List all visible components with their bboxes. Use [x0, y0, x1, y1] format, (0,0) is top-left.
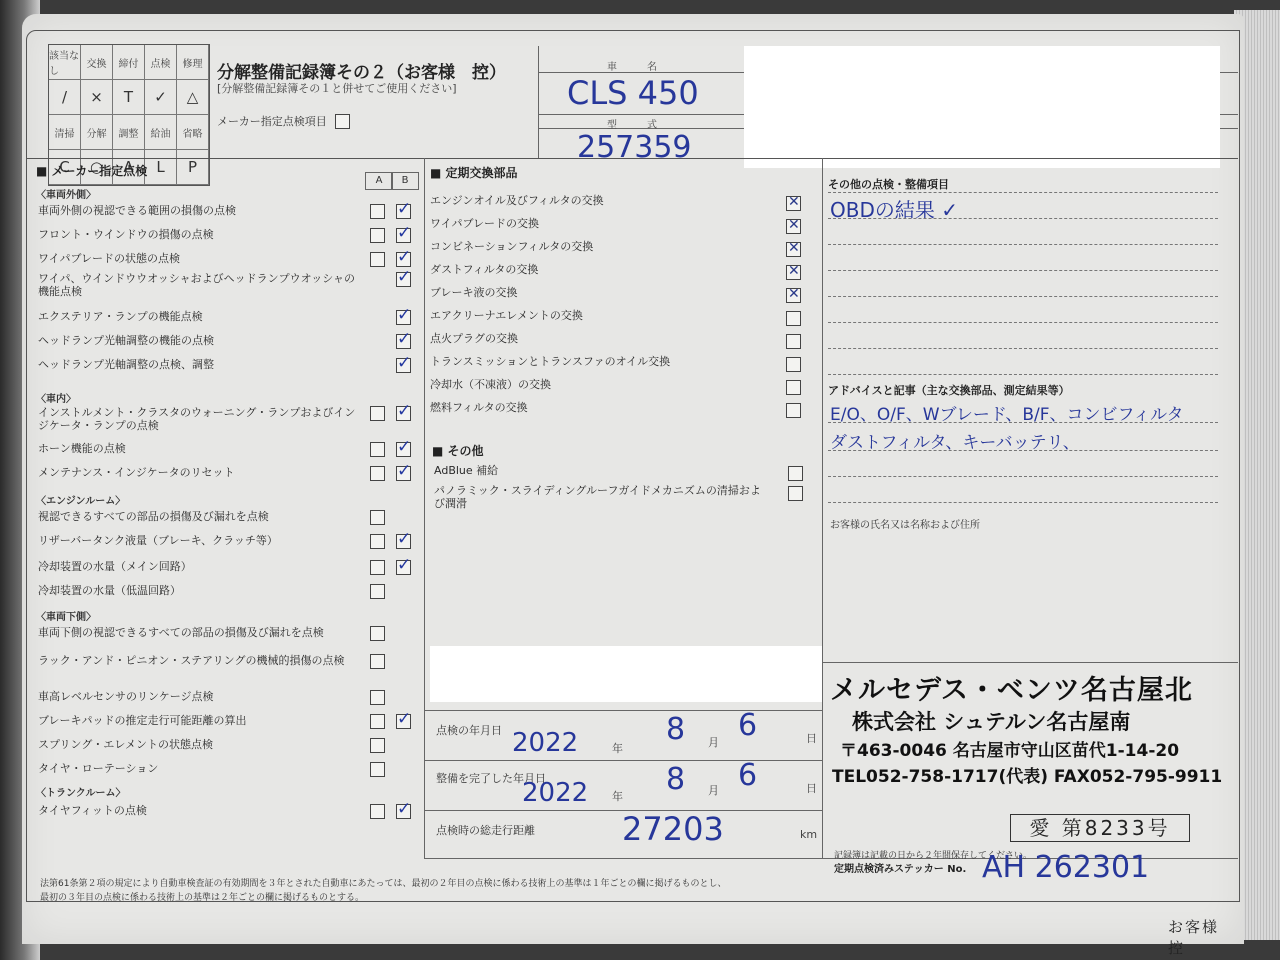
dealer-phone: TEL052-758-1717(代表) FAX052-795-9911	[832, 762, 1222, 787]
divider	[26, 158, 1238, 159]
part-checkbox[interactable]	[786, 334, 801, 349]
day-unit: 日	[806, 780, 817, 796]
checkbox-a[interactable]	[370, 584, 385, 599]
ruled-line	[828, 374, 1218, 375]
periodic-part-item: コンビネーションフィルタの交換	[430, 240, 593, 253]
inspection-year: 2022	[512, 728, 578, 758]
inspection-item: 冷却装置の水量（低温回路）	[38, 584, 181, 597]
inspection-item: ブレーキパッドの推定走行可能距離の算出	[38, 714, 247, 727]
part-checkbox[interactable]	[786, 219, 801, 234]
completion-year: 2022	[522, 778, 588, 808]
col-a-header: A	[365, 172, 393, 190]
legend-label: 給油	[145, 115, 177, 150]
column-divider	[424, 158, 425, 858]
part-checkbox[interactable]	[786, 380, 801, 395]
part-checkbox[interactable]	[786, 403, 801, 418]
ruled-line	[828, 348, 1218, 349]
periodic-part-item: 冷却水（不凍液）の交換	[430, 378, 551, 391]
inspection-item: ラック・アンド・ピニオン・ステアリングの機械的損傷の点検	[38, 654, 344, 667]
checkbox-a[interactable]	[370, 510, 385, 525]
maker-item-option[interactable]: メーカー指定点検項目	[217, 113, 350, 129]
document-subtitle: [分解整備記録簿その１と併せてご使用ください]	[217, 80, 457, 96]
inspection-item: メンテナンス・インジケータのリセット	[38, 466, 235, 479]
divider	[538, 46, 539, 158]
dealer-address: 〒463-0046 名古屋市守山区苗代1-14-20	[840, 736, 1179, 761]
periodic-part-item: エンジンオイル及びフィルタの交換	[430, 194, 604, 207]
ruled-line	[828, 270, 1218, 271]
checkbox-b[interactable]	[396, 334, 411, 349]
customer-heading: お客様の氏名又は名称および住所	[830, 516, 980, 531]
divider	[424, 710, 822, 711]
inspection-item: ヘッドランプ光軸調整の点検、調整	[38, 358, 214, 371]
legend-label: 修理	[177, 45, 209, 80]
legend-label: 交換	[81, 45, 113, 80]
group-heading: 〈車両外側〉	[36, 186, 96, 201]
checkbox-b[interactable]	[396, 252, 411, 267]
group-heading: 〈車両下側〉	[36, 608, 96, 623]
inspection-item: エクステリア・ランプの機能点検	[38, 310, 203, 323]
maker-inspection-heading: ■ メーカー指定点検	[36, 162, 147, 179]
inspection-item: 車両外側の視認できる範囲の損傷の点検	[38, 204, 236, 217]
ruled-line	[828, 192, 1218, 193]
checkbox-a[interactable]	[370, 738, 385, 753]
checkbox-b[interactable]	[396, 804, 411, 819]
inspection-date-label: 点検の年月日	[436, 722, 502, 738]
ruled-line	[828, 502, 1218, 503]
other-checkbox[interactable]	[788, 486, 803, 501]
legend-symbol: P	[177, 150, 209, 185]
checkbox-a[interactable]	[370, 626, 385, 641]
part-checkbox[interactable]	[786, 288, 801, 303]
checkbox-b[interactable]	[396, 406, 411, 421]
part-checkbox[interactable]	[786, 242, 801, 257]
legend-symbol: ✓	[145, 80, 177, 115]
periodic-part-item: ダストフィルタの交換	[430, 263, 538, 276]
footnote-line-2: 最初の３年目の点検に係わる技術上の基準は２年ごとの欄に掲げるものとする。	[40, 890, 364, 903]
redacted-area	[744, 46, 1220, 168]
maintenance-record-sheet: 該当なし交換締付点検修理/×T✓△清掃分解調整給油省略C○ALP 分解整備記録簿…	[22, 14, 1244, 944]
divider	[822, 662, 1238, 663]
checkbox-a[interactable]	[370, 252, 385, 267]
day-unit: 日	[806, 730, 817, 746]
mileage-value: 27203	[622, 810, 724, 848]
other-inspection-heading: その他の点検・整備項目	[828, 176, 949, 192]
inspection-item: フロント・ウインドウの損傷の点検	[38, 228, 214, 241]
year-unit: 年	[612, 740, 623, 756]
mileage-unit: km	[800, 828, 817, 841]
sticker-number: AH 262301	[982, 850, 1149, 885]
inspection-item: ワイパ、ウインドウウオッシャおよびヘッドランプウオッシャの機能点検	[38, 272, 356, 298]
periodic-part-item: ワイパブレードの交換	[430, 217, 539, 230]
checkbox-a[interactable]	[370, 654, 385, 669]
legend-label: 該当なし	[49, 45, 81, 80]
inspection-item: リザーバータンク液量（ブレーキ、クラッチ等）	[38, 534, 278, 547]
divider	[424, 760, 822, 761]
ruled-line	[828, 218, 1218, 219]
inspection-item: タイヤ・ローテーション	[38, 762, 158, 775]
legend-label: 省略	[177, 115, 209, 150]
vehicle-model-label: 型式	[607, 116, 687, 131]
mileage-label: 点検時の総走行距離	[436, 822, 535, 838]
checkbox-a[interactable]	[370, 534, 385, 549]
group-heading: 〈トランクルーム〉	[36, 784, 126, 799]
legend-symbol: T	[113, 80, 145, 115]
checkbox-b[interactable]	[396, 442, 411, 457]
group-heading: 〈エンジンルーム〉	[36, 492, 125, 507]
other-item: パノラミック・スライディングルーフガイドメカニズムの清掃および潤滑	[434, 484, 764, 510]
completion-month: 8	[666, 762, 685, 797]
legend-label: 分解	[81, 115, 113, 150]
inspection-day: 6	[738, 708, 757, 743]
legend-symbol: △	[177, 80, 209, 115]
checkbox-b[interactable]	[396, 228, 411, 243]
maker-item-label: メーカー指定点検項目	[217, 113, 327, 129]
checkbox-a[interactable]	[370, 406, 385, 421]
periodic-part-item: 点火プラグの交換	[430, 332, 518, 345]
legend-label: 点検	[145, 45, 177, 80]
checkbox-a[interactable]	[370, 804, 385, 819]
checkbox-b[interactable]	[396, 358, 411, 373]
periodic-part-item: 燃料フィルタの交換	[430, 401, 528, 414]
legend-label: 清掃	[49, 115, 81, 150]
legend-label: 締付	[113, 45, 145, 80]
checkbox-a[interactable]	[370, 762, 385, 777]
advice-heading: アドバイスと記事（主な交換部品、測定結果等）	[828, 382, 1070, 398]
vehicle-model-value: 257359	[577, 130, 692, 165]
legend-label: 調整	[113, 115, 145, 150]
checkbox-a[interactable]	[370, 442, 385, 457]
checkbox-b[interactable]	[396, 714, 411, 729]
inspection-item: ヘッドランプ光軸調整の機能の点検	[38, 334, 214, 347]
periodic-part-item: エアクリーナエレメントの交換	[430, 309, 583, 322]
ruled-line	[828, 322, 1218, 323]
column-divider	[822, 158, 823, 858]
dealer-company: 株式会社 シュテルン名古屋南	[852, 706, 1130, 736]
part-checkbox[interactable]	[786, 265, 801, 280]
other-checkbox[interactable]	[788, 466, 803, 481]
part-checkbox[interactable]	[786, 311, 801, 326]
col-b-header: B	[391, 172, 419, 190]
inspection-item: 視認できるすべての部品の損傷及び漏れを点検	[38, 510, 269, 523]
footnote-line-1: 法第61条第２項の規定により自動車検査証の有効期間を３年とされた自動車にあたって…	[40, 876, 726, 889]
dealer-name: メルセデス・ベンツ名古屋北	[830, 668, 1193, 707]
checkbox-a[interactable]	[370, 714, 385, 729]
group-heading: 〈車内〉	[36, 390, 76, 405]
sticker-label: 定期点検済みステッカー No.	[834, 860, 966, 875]
part-checkbox[interactable]	[786, 357, 801, 372]
periodic-part-item: ブレーキ液の交換	[430, 286, 518, 299]
ruled-line	[828, 450, 1218, 451]
checkbox-a[interactable]	[370, 204, 385, 219]
legend-symbol: L	[145, 150, 177, 185]
legend-symbol: ×	[81, 80, 113, 115]
inspection-item: ワイパブレードの状態の点検	[38, 252, 180, 265]
vehicle-name-label: 車名	[607, 58, 687, 73]
checkbox-a[interactable]	[370, 228, 385, 243]
checkbox-b[interactable]	[396, 560, 411, 575]
checkbox-b[interactable]	[396, 272, 411, 287]
maker-item-checkbox[interactable]	[335, 114, 350, 129]
redacted-area	[430, 646, 822, 702]
inspection-item: 冷却装置の水量（メイン回路）	[38, 560, 192, 573]
ruled-line	[828, 476, 1218, 477]
ruled-line	[828, 296, 1218, 297]
completion-day: 6	[738, 758, 757, 793]
month-unit: 月	[708, 782, 719, 798]
customer-copy-label: お客様 控	[1168, 916, 1244, 958]
legend-symbol: /	[49, 80, 81, 115]
inspection-item: 車高レベルセンサのリンケージ点検	[38, 690, 214, 703]
other-heading: ■ その他	[432, 442, 484, 459]
checkbox-a[interactable]	[370, 560, 385, 575]
certification-number: 愛 第8233号	[1010, 814, 1190, 842]
month-unit: 月	[708, 734, 719, 750]
periodic-parts-heading: ■ 定期交換部品	[430, 164, 518, 181]
inspection-item: ホーン機能の点検	[38, 442, 126, 455]
checkbox-b[interactable]	[396, 466, 411, 481]
periodic-part-item: トランスミッションとトランスファのオイル交換	[430, 355, 670, 368]
checkbox-b[interactable]	[396, 310, 411, 325]
other-item: AdBlue 補給	[434, 464, 498, 477]
checkbox-b[interactable]	[396, 204, 411, 219]
vehicle-name-value: CLS 450	[567, 74, 699, 112]
inspection-month: 8	[666, 712, 685, 747]
inspection-item: タイヤフィットの点検	[38, 804, 147, 817]
inspection-item: スプリング・エレメントの状態点検	[38, 738, 213, 751]
inspection-item: インストルメント・クラスタのウォーニング・ランプおよびインジケータ・ランプの点検	[38, 406, 356, 432]
part-checkbox[interactable]	[786, 196, 801, 211]
ruled-line	[828, 244, 1218, 245]
year-unit: 年	[612, 788, 623, 804]
checkbox-b[interactable]	[396, 534, 411, 549]
inspection-item: 車両下側の視認できるすべての部品の損傷及び漏れを点検	[38, 626, 324, 639]
ruled-line	[828, 422, 1218, 423]
checkbox-a[interactable]	[370, 466, 385, 481]
checkbox-a[interactable]	[370, 690, 385, 705]
